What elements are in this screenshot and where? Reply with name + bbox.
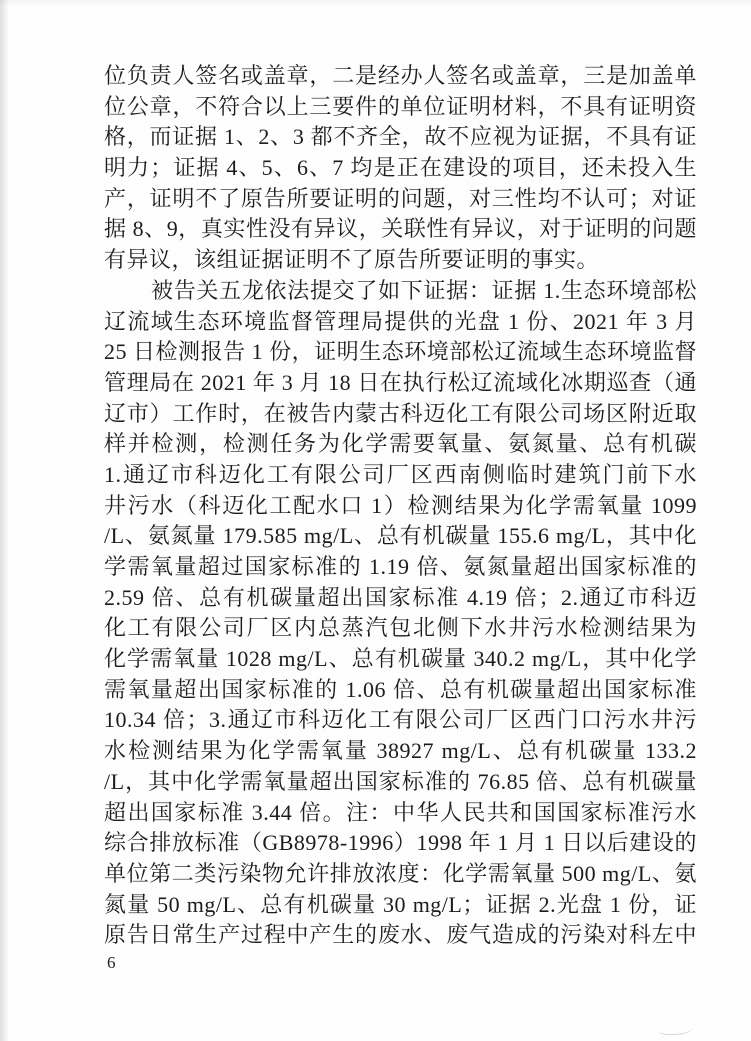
page-number: 6 <box>107 952 116 974</box>
scan-artifact <box>658 1023 693 1036</box>
text-line: 化工有限公司厂区内总蒸汽包北侧下水井污水检测结果为 <box>104 613 697 644</box>
text-line: 2.59 倍、总有机碳量超出国家标准 4.19 倍；2.通辽市科迈 <box>104 583 697 614</box>
text-line: 样并检测，检测任务为化学需要氧量、氨氮量、总有机碳量。 <box>104 429 697 460</box>
text-line: 1.通辽市科迈化工有限公司厂区西南侧临时建筑门前下水 <box>104 460 697 491</box>
text-line: 原告日常生产过程中产生的废水、废气造成的污染对科左中 <box>104 920 697 951</box>
text-line: 辽市）工作时，在被告内蒙古科迈化工有限公司场区附近取 <box>104 399 697 430</box>
text-line: 水检测结果为化学需氧量 38927 mg/L、总有机碳量 133.2 mg <box>104 736 697 767</box>
text-line: 有异议，该组证据证明不了原告所要证明的事实。 <box>104 245 697 276</box>
text-line: 辽流域生态环境监督管理局提供的光盘 1 份、2021 年 3 月 <box>104 307 697 338</box>
text-line: 产，证明不了原告所要证明的问题，对三性均不认可；对证 <box>104 184 697 215</box>
document-page: 位负责人签名或盖章，二是经办人签名或盖章，三是加盖单位公章，不符合以上三要件的单… <box>0 0 751 1041</box>
text-line: 10.34 倍；3.通辽市科迈化工有限公司厂区西门口污水井污 <box>104 705 697 736</box>
text-line: 明力；证据 4、5、6、7 均是正在建设的项目，还未投入生 <box>104 153 697 184</box>
body-text: 位负责人签名或盖章，二是经办人签名或盖章，三是加盖单位公章，不符合以上三要件的单… <box>104 61 697 951</box>
text-line: 综合排放标准（GB8978-1996）1998 年 1 月 1 日以后建设的 <box>104 828 697 859</box>
text-line: 化学需氧量 1028 mg/L、总有机碳量 340.2 mg/L，其中化学 <box>104 644 697 675</box>
scan-edge-shading-top <box>0 0 751 6</box>
text-line: 被告关五龙依法提交了如下证据：证据 1.生态环境部松 <box>104 276 697 307</box>
text-line: 氮量 50 mg/L、总有机碳量 30 mg/L；证据 2.光盘 1 份，证明 <box>104 890 697 921</box>
text-line: 超出国家标准 3.44 倍。注：中华人民共和国国家标准污水 <box>104 798 697 829</box>
text-line: 25 日检测报告 1 份，证明生态环境部松辽流域生态环境监督 <box>104 337 697 368</box>
scan-edge-shading-left <box>0 0 9 1041</box>
text-line: /L，其中化学需氧量超出国家标准的 76.85 倍、总有机碳量 <box>104 767 697 798</box>
text-line: 单位第二类污染物允许排放浓度：化学需氧量 500 mg/L、氨 <box>104 859 697 890</box>
text-line: 格，而证据 1、2、3 都不齐全，故不应视为证据，不具有证 <box>104 122 697 153</box>
text-line: 管理局在 2021 年 3 月 18 日在执行松辽流域化冰期巡查（通 <box>104 368 697 399</box>
text-line: 需氧量超出国家标准的 1.06 倍、总有机碳量超出国家标准 <box>104 675 697 706</box>
text-line: 位公章，不符合以上三要件的单位证明材料，不具有证明资 <box>104 92 697 123</box>
text-line: /L、氨氮量 179.585 mg/L、总有机碳量 155.6 mg/L，其中化 <box>104 521 697 552</box>
text-line: 学需氧量超过国家标准的 1.19 倍、氨氮量超出国家标准的 <box>104 552 697 583</box>
text-line: 据 8、9，真实性没有异议，关联性有异议，对于证明的问题 <box>104 214 697 245</box>
text-line: 位负责人签名或盖章，二是经办人签名或盖章，三是加盖单 <box>104 61 697 92</box>
text-line: 井污水（科迈化工配水口 1）检测结果为化学需氧量 1099 mg <box>104 491 697 522</box>
